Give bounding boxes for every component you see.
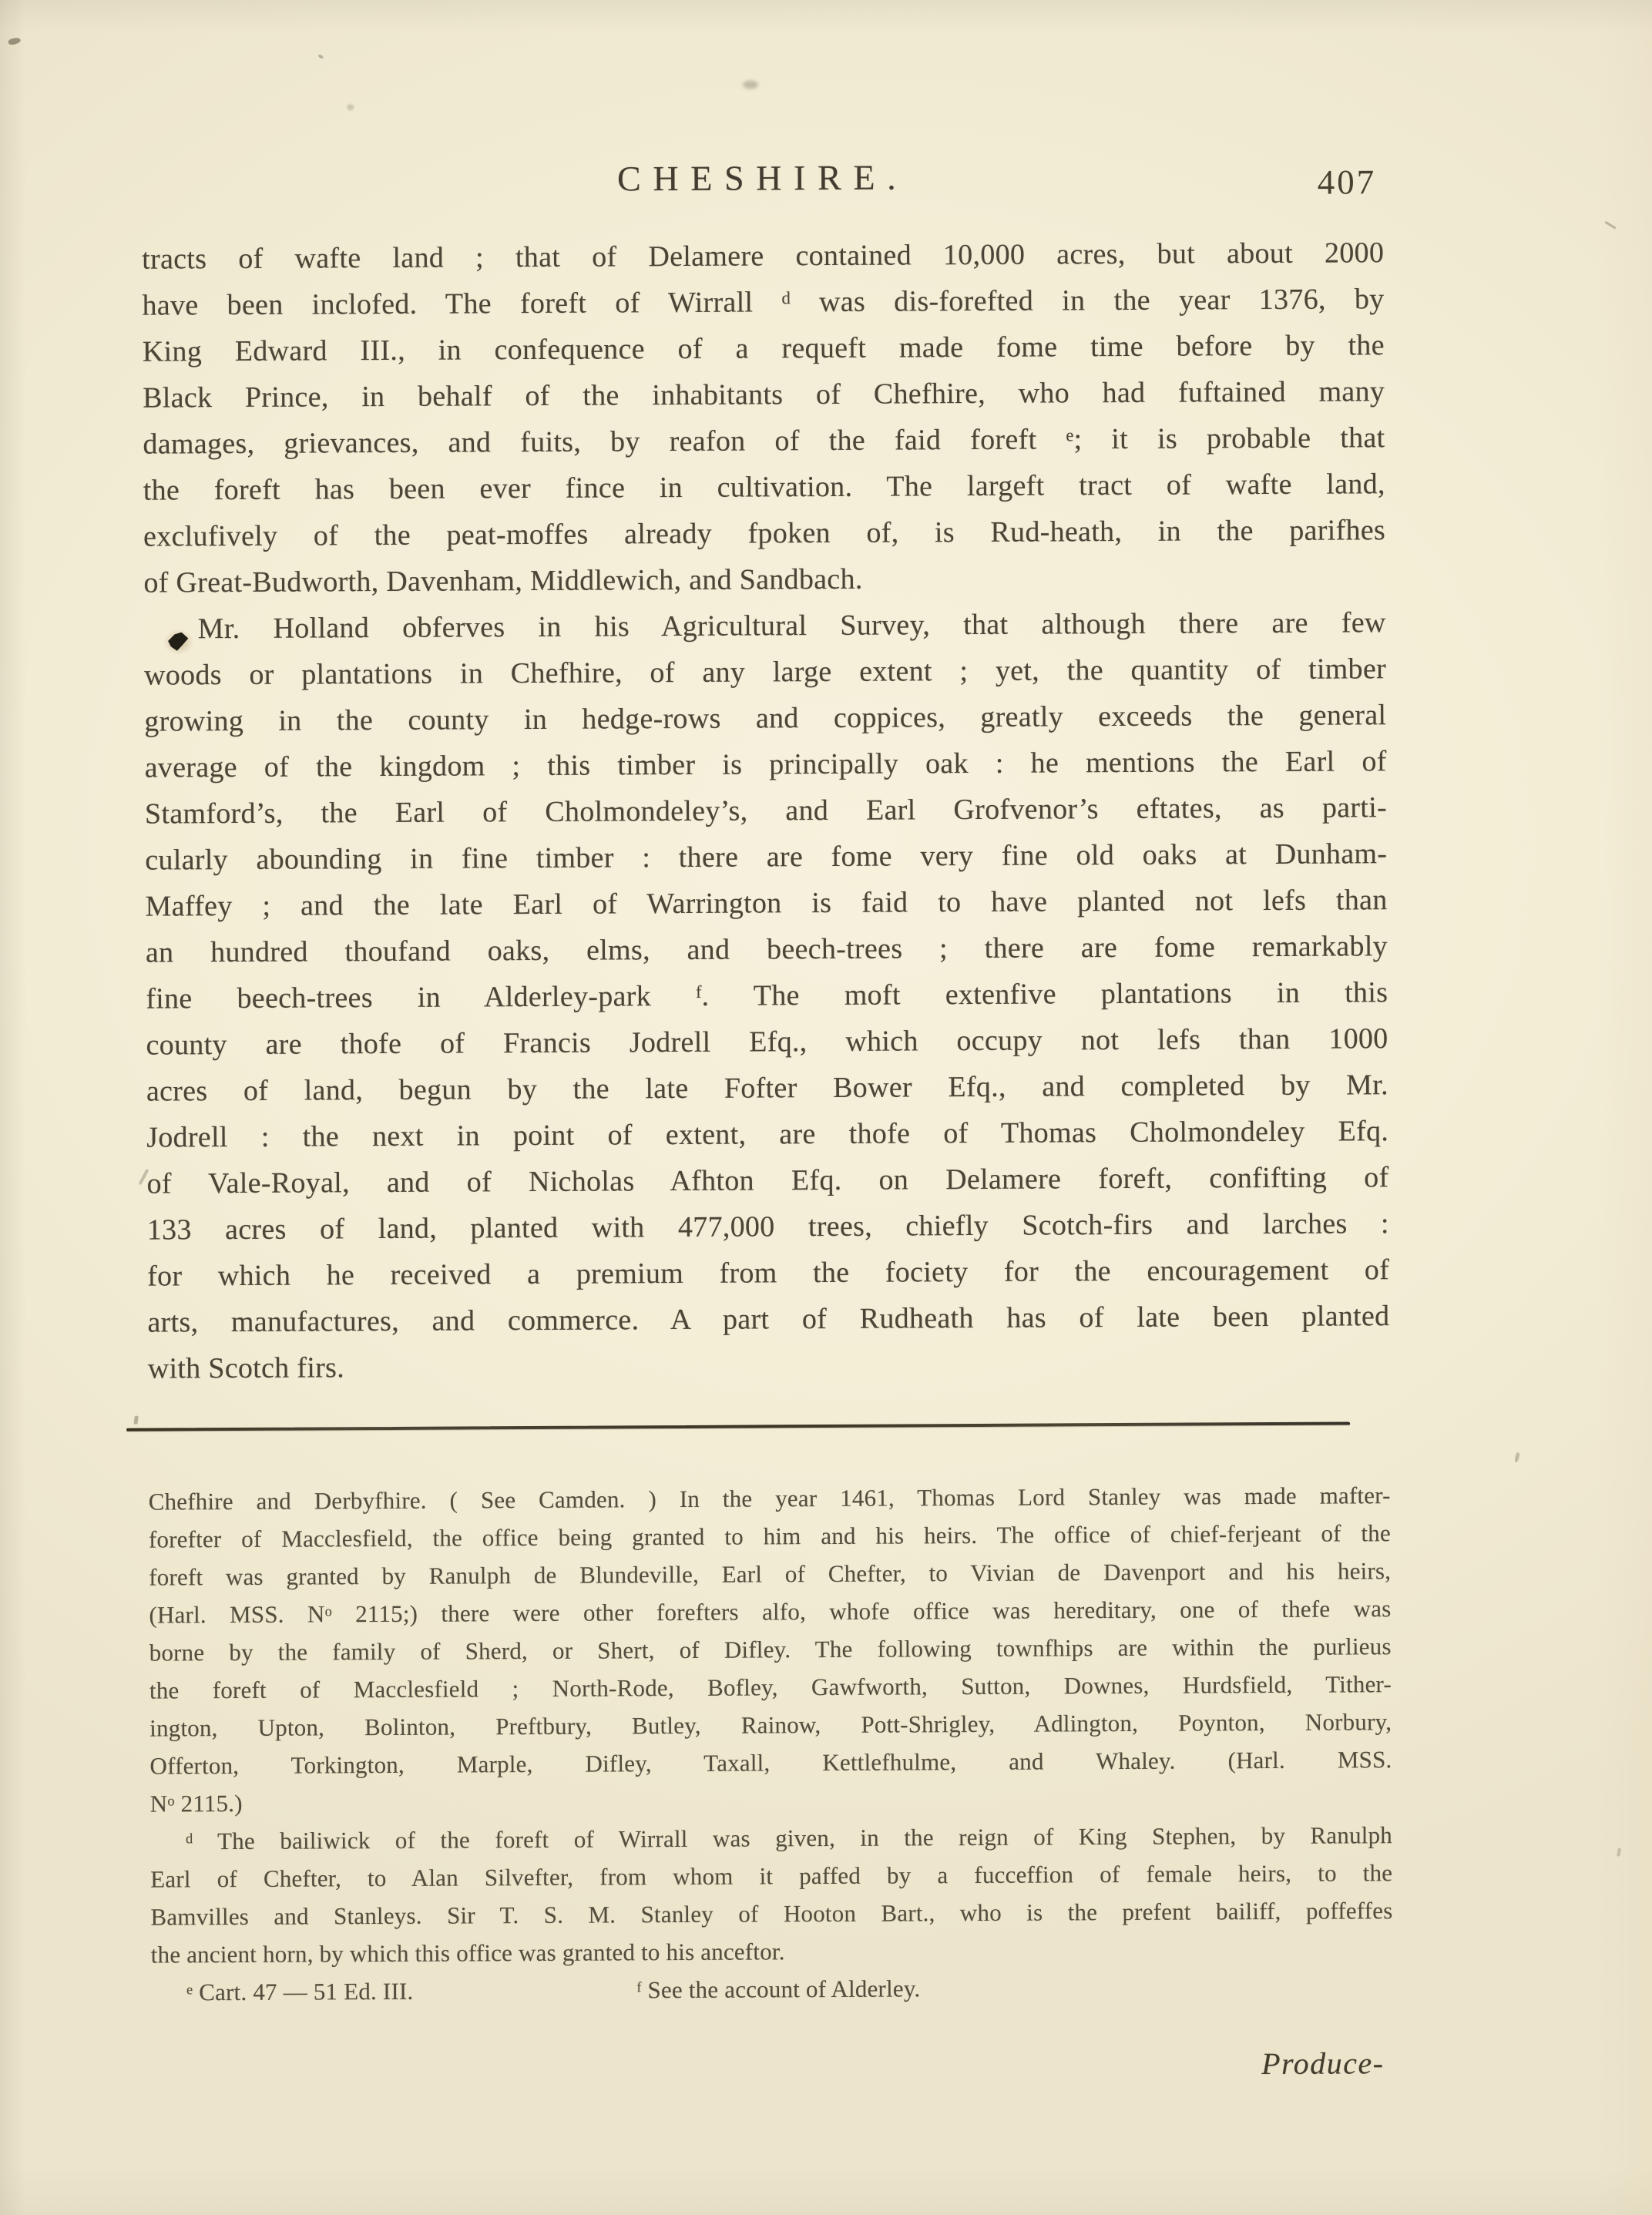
scan-speck — [1604, 221, 1616, 230]
text-line: growing in the county in hedge-rows and … — [144, 692, 1386, 744]
text-line: Bamvilles and Stanleys. Sir T. S. M. Sta… — [150, 1891, 1392, 1935]
text-line: Mr. Holland obferves in his Agricultural… — [144, 599, 1386, 652]
text-line: Jodrell : the next in point of extent, a… — [146, 1108, 1388, 1160]
text-line: the foreft has been ever fince in cultiv… — [143, 461, 1385, 513]
scan-speck — [317, 54, 324, 59]
text-line: Stamford’s, the Earl of Cholmondeley’s, … — [145, 784, 1387, 837]
text-line: of Vale-Royal, and of Nicholas Afhton Ef… — [146, 1154, 1388, 1207]
text-line: Offerton, Torkington, Marple, Difley, Ta… — [149, 1740, 1392, 1784]
footnote-e: e Cart. 47 — 51 Ed. III. — [186, 1978, 414, 2006]
footnote-separator-rule — [126, 1421, 1350, 1431]
footnotes-block: Chefhire and Derbyfhire. ( See Camden. )… — [149, 1476, 1394, 2011]
scan-speck — [347, 104, 354, 110]
page-number: 407 — [1318, 162, 1377, 202]
text-line: woods or plantations in Chefhire, of any… — [144, 646, 1386, 698]
text-line: county are thofe of Francis Jodrell Efq.… — [146, 1015, 1388, 1068]
text-line: for which he received a premium from the… — [147, 1247, 1389, 1299]
text-line: Black Prince, in behalf of the inhabitan… — [143, 368, 1385, 421]
text-line: No 2115.) — [150, 1778, 1392, 1822]
text-line: 133 acres of land, planted with 477,000 … — [147, 1200, 1389, 1253]
text-line: (Harl. MSS. No 2115;) there were other f… — [149, 1589, 1391, 1633]
text-line: of Great-Budworth, Davenham, Middlewich,… — [143, 553, 1385, 606]
text-line: damages, grievances, and fuits, by reafo… — [143, 414, 1385, 467]
book-page-scan: CHESHIRE. 407 tracts of wafte land ; tha… — [0, 0, 1652, 2215]
text-line: acres of land, begun by the late Fofter … — [146, 1062, 1388, 1114]
footnote-ef-line: e Cart. 47 — 51 Ed. III. f See the accou… — [151, 1967, 1393, 2011]
text-line: Earl of Chefter, to Alan Silvefter, from… — [150, 1854, 1392, 1898]
text-line: tracts of wafte land ; that of Delamere … — [142, 230, 1384, 282]
scan-smudge — [743, 80, 758, 89]
page-content: CHESHIRE. 407 tracts of wafte land ; tha… — [0, 0, 1652, 2215]
text-line: King Edward III., in confequence of a re… — [143, 322, 1385, 374]
scan-speck — [8, 37, 22, 46]
text-line: ington, Upton, Bolinton, Preftbury, Butl… — [149, 1703, 1392, 1747]
text-line: the foreft of Macclesfield ; North-Rode,… — [149, 1665, 1392, 1709]
footnote-f: f See the account of Alderley. — [636, 1975, 920, 2003]
scan-speck — [133, 1415, 138, 1425]
text-line: average of the kingdom ; this timber is … — [145, 738, 1387, 790]
catchword: Produce- — [151, 2045, 1384, 2087]
main-text-block: tracts of wafte land ; that of Delamere … — [142, 230, 1390, 1391]
text-line: d The bailiwick of the foreft of Wirrall… — [150, 1816, 1392, 1860]
scan-speck — [1514, 1452, 1520, 1463]
text-line: exclufively of the peat-moffes already f… — [143, 507, 1385, 559]
text-line: fine beech-trees in Alderley-park f. The… — [146, 969, 1388, 1022]
text-line: the ancient horn, by which this office w… — [151, 1929, 1393, 1973]
text-line: with Scotch firs. — [148, 1339, 1390, 1391]
text-line: borne by the family of Sherd, or Shert, … — [149, 1627, 1392, 1671]
text-line: Maffey ; and the late Earl of Warrington… — [145, 877, 1387, 929]
footnote-lines: Chefhire and Derbyfhire. ( See Camden. )… — [149, 1476, 1393, 1973]
text-line: have been inclofed. The foreft of Wirral… — [142, 276, 1384, 328]
text-line: an hundred thoufand oaks, elms, and beec… — [146, 923, 1388, 975]
text-line: arts, manufactures, and commerce. A part… — [147, 1293, 1389, 1345]
text-line: foreft was granted by Ranulph de Blundev… — [149, 1552, 1391, 1596]
text-line: cularly abounding in fine timber : there… — [145, 831, 1387, 883]
running-head-title: CHESHIRE. — [142, 154, 1384, 201]
text-line: Chefhire and Derbyfhire. ( See Camden. )… — [149, 1476, 1391, 1520]
text-line: forefter of Macclesfield, the office bei… — [149, 1514, 1391, 1558]
scan-speck — [1617, 1848, 1621, 1857]
